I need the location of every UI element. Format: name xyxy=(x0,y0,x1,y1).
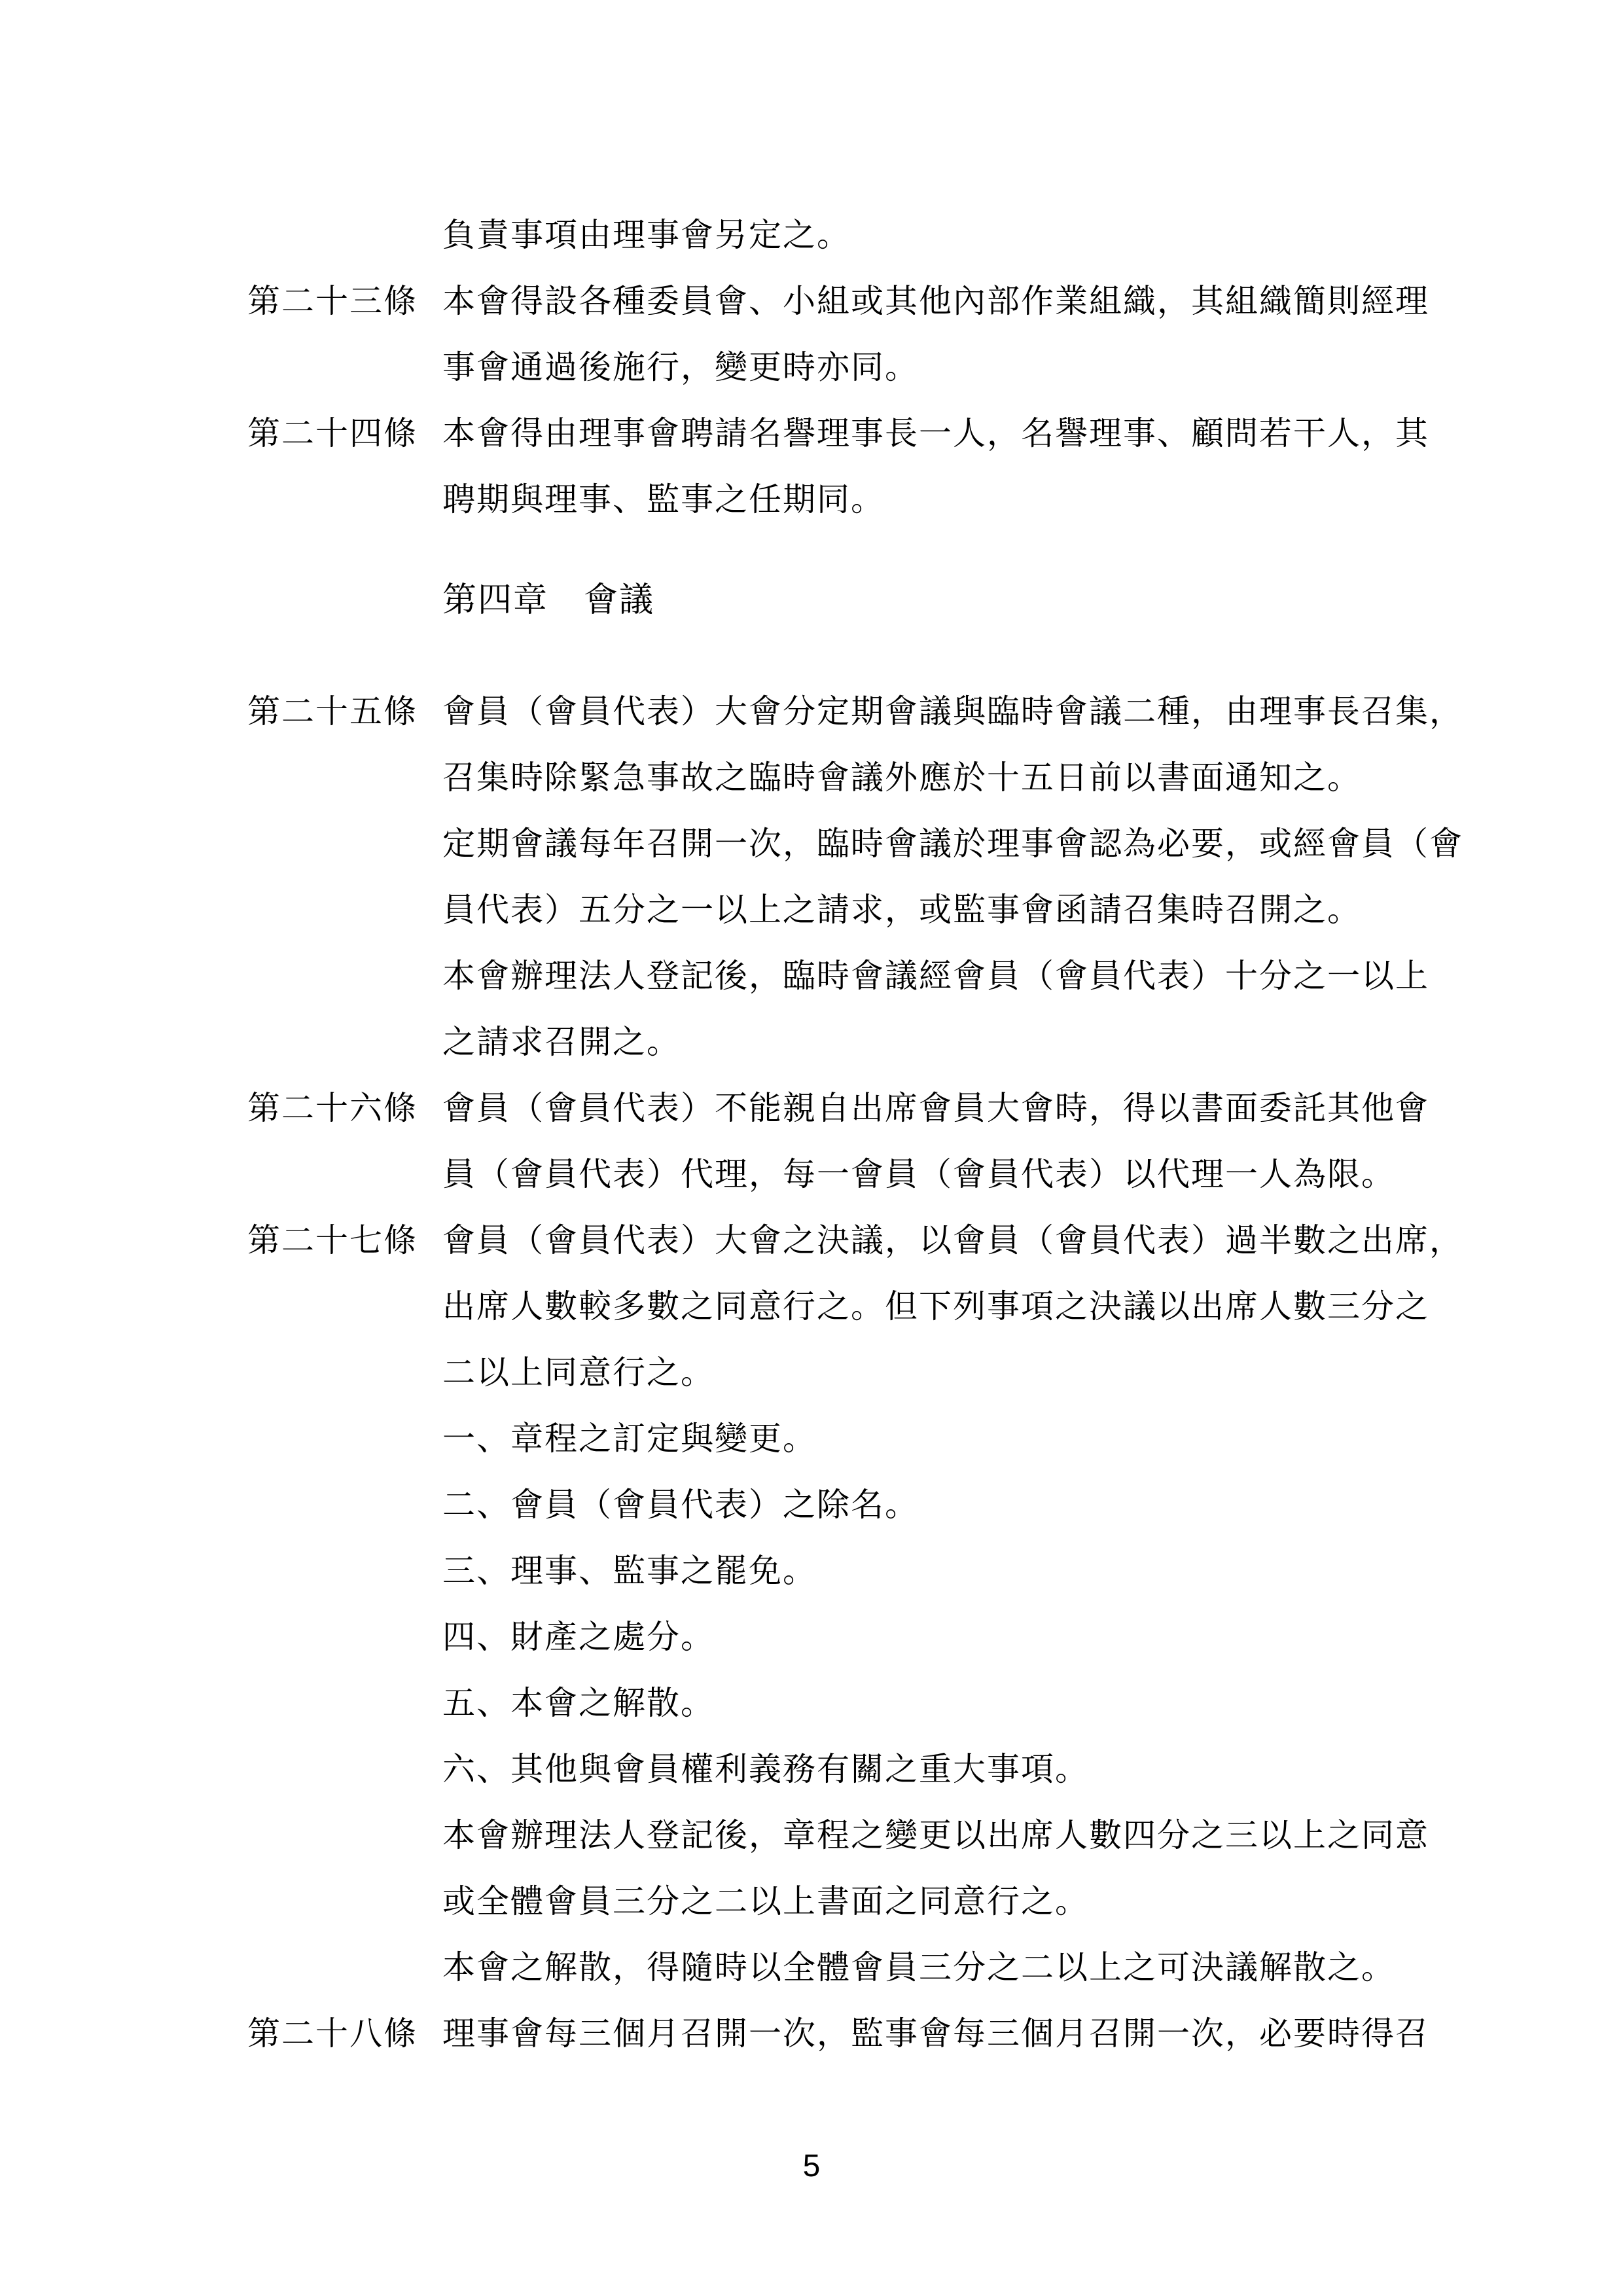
article-row: 本會辦理法人登記後，臨時會議經會員（會員代表）十分之一以上 xyxy=(247,943,1425,1009)
article-text: 員（會員代表）代理，每一會員（會員代表）以代理一人為限。 xyxy=(442,1141,1395,1208)
article-row: 第二十三條 本會得設各種委員會、小組或其他內部作業組織，其組織簡則經理 xyxy=(247,268,1425,334)
article-number: 第二十六條 xyxy=(247,1075,442,1141)
article-text: 六、其他與會員權利義務有關之重大事項。 xyxy=(442,1736,1089,1803)
article-row: 第二十六條 會員（會員代表）不能親自出席會員大會時，得以書面委託其他會 xyxy=(247,1075,1425,1141)
article-row: 三、理事、監事之罷免。 xyxy=(247,1538,1425,1604)
article-row: 聘期與理事、監事之任期同。 xyxy=(247,467,1425,533)
article-row: 定期會議每年召開一次，臨時會議於理事會認為必要，或經會員（會 xyxy=(247,811,1425,877)
article-text: 事會通過後施行，變更時亦同。 xyxy=(442,334,919,401)
article-row: 第二十八條 理事會每三個月召開一次，監事會每三個月召開一次，必要時得召 xyxy=(247,2001,1425,2067)
article-text: 員代表）五分之一以上之請求，或監事會函請召集時召開之。 xyxy=(442,877,1361,943)
article-text: 理事會每三個月召開一次，監事會每三個月召開一次，必要時得召 xyxy=(442,2001,1429,2067)
article-row: 員代表）五分之一以上之請求，或監事會函請召集時召開之。 xyxy=(247,877,1425,943)
article-number: 第二十四條 xyxy=(247,401,442,467)
chapter-heading: 第四章 會議 xyxy=(247,567,1425,634)
article-number: 第二十七條 xyxy=(247,1208,442,1274)
article-text: 或全體會員三分之二以上書面之同意行之。 xyxy=(442,1869,1089,1935)
article-text: 四、財產之處分。 xyxy=(442,1604,715,1670)
article-row: 二、會員（會員代表）之除名。 xyxy=(247,1472,1425,1538)
article-text: 本會辦理法人登記後，臨時會議經會員（會員代表）十分之一以上 xyxy=(442,943,1429,1009)
article-row: 第二十五條 會員（會員代表）大會分定期會議與臨時會議二種，由理事長召集， xyxy=(247,679,1425,745)
article-row: 事會通過後施行，變更時亦同。 xyxy=(247,334,1425,401)
document-content: 負責事項由理事會另定之。 第二十三條 本會得設各種委員會、小組或其他內部作業組織… xyxy=(247,202,1425,2067)
article-text: 五、本會之解散。 xyxy=(442,1670,715,1736)
document-page: 負責事項由理事會另定之。 第二十三條 本會得設各種委員會、小組或其他內部作業組織… xyxy=(0,0,1623,2296)
article-text: 出席人數較多數之同意行之。但下列事項之決議以出席人數三分之 xyxy=(442,1274,1429,1340)
article-text: 本會辦理法人登記後，章程之變更以出席人數四分之三以上之同意 xyxy=(442,1803,1429,1869)
article-text: 負責事項由理事會另定之。 xyxy=(442,202,851,268)
article-text: 會員（會員代表）大會分定期會議與臨時會議二種，由理事長召集， xyxy=(442,679,1463,745)
article-text: 本會得設各種委員會、小組或其他內部作業組織，其組織簡則經理 xyxy=(442,268,1429,334)
article-row: 一、章程之訂定與變更。 xyxy=(247,1406,1425,1472)
article-text: 之請求召開之。 xyxy=(442,1009,681,1075)
article-text: 三、理事、監事之罷免。 xyxy=(442,1538,817,1604)
article-number: 第二十八條 xyxy=(247,2001,442,2067)
article-row: 員（會員代表）代理，每一會員（會員代表）以代理一人為限。 xyxy=(247,1141,1425,1208)
article-row: 二以上同意行之。 xyxy=(247,1340,1425,1406)
article-row: 召集時除緊急事故之臨時會議外應於十五日前以書面通知之。 xyxy=(247,745,1425,811)
article-text: 本會之解散，得隨時以全體會員三分之二以上之可決議解散之。 xyxy=(442,1935,1395,2001)
article-text: 聘期與理事、監事之任期同。 xyxy=(442,467,885,533)
article-text: 召集時除緊急事故之臨時會議外應於十五日前以書面通知之。 xyxy=(442,745,1361,811)
article-row: 或全體會員三分之二以上書面之同意行之。 xyxy=(247,1869,1425,1935)
article-text: 定期會議每年召開一次，臨時會議於理事會認為必要，或經會員（會 xyxy=(442,811,1463,877)
article-text: 本會得由理事會聘請名譽理事長一人，名譽理事、顧問若干人，其 xyxy=(442,401,1429,467)
article-text: 二以上同意行之。 xyxy=(442,1340,715,1406)
article-text: 會員（會員代表）不能親自出席會員大會時，得以書面委託其他會 xyxy=(442,1075,1429,1141)
article-row: 第二十四條 本會得由理事會聘請名譽理事長一人，名譽理事、顧問若干人，其 xyxy=(247,401,1425,467)
article-row: 五、本會之解散。 xyxy=(247,1670,1425,1736)
article-text: 一、章程之訂定與變更。 xyxy=(442,1406,817,1472)
article-number: 第二十五條 xyxy=(247,679,442,745)
article-row: 本會辦理法人登記後，章程之變更以出席人數四分之三以上之同意 xyxy=(247,1803,1425,1869)
article-row: 第二十七條 會員（會員代表）大會之決議，以會員（會員代表）過半數之出席， xyxy=(247,1208,1425,1274)
article-row: 六、其他與會員權利義務有關之重大事項。 xyxy=(247,1736,1425,1803)
article-text: 二、會員（會員代表）之除名。 xyxy=(442,1472,919,1538)
article-row: 出席人數較多數之同意行之。但下列事項之決議以出席人數三分之 xyxy=(247,1274,1425,1340)
article-row: 本會之解散，得隨時以全體會員三分之二以上之可決議解散之。 xyxy=(247,1935,1425,2001)
article-row: 之請求召開之。 xyxy=(247,1009,1425,1075)
article-text: 會員（會員代表）大會之決議，以會員（會員代表）過半數之出席， xyxy=(442,1208,1463,1274)
article-row: 四、財產之處分。 xyxy=(247,1604,1425,1670)
page-number: 5 xyxy=(0,2147,1623,2186)
article-number: 第二十三條 xyxy=(247,268,442,334)
article-row: 負責事項由理事會另定之。 xyxy=(247,202,1425,268)
